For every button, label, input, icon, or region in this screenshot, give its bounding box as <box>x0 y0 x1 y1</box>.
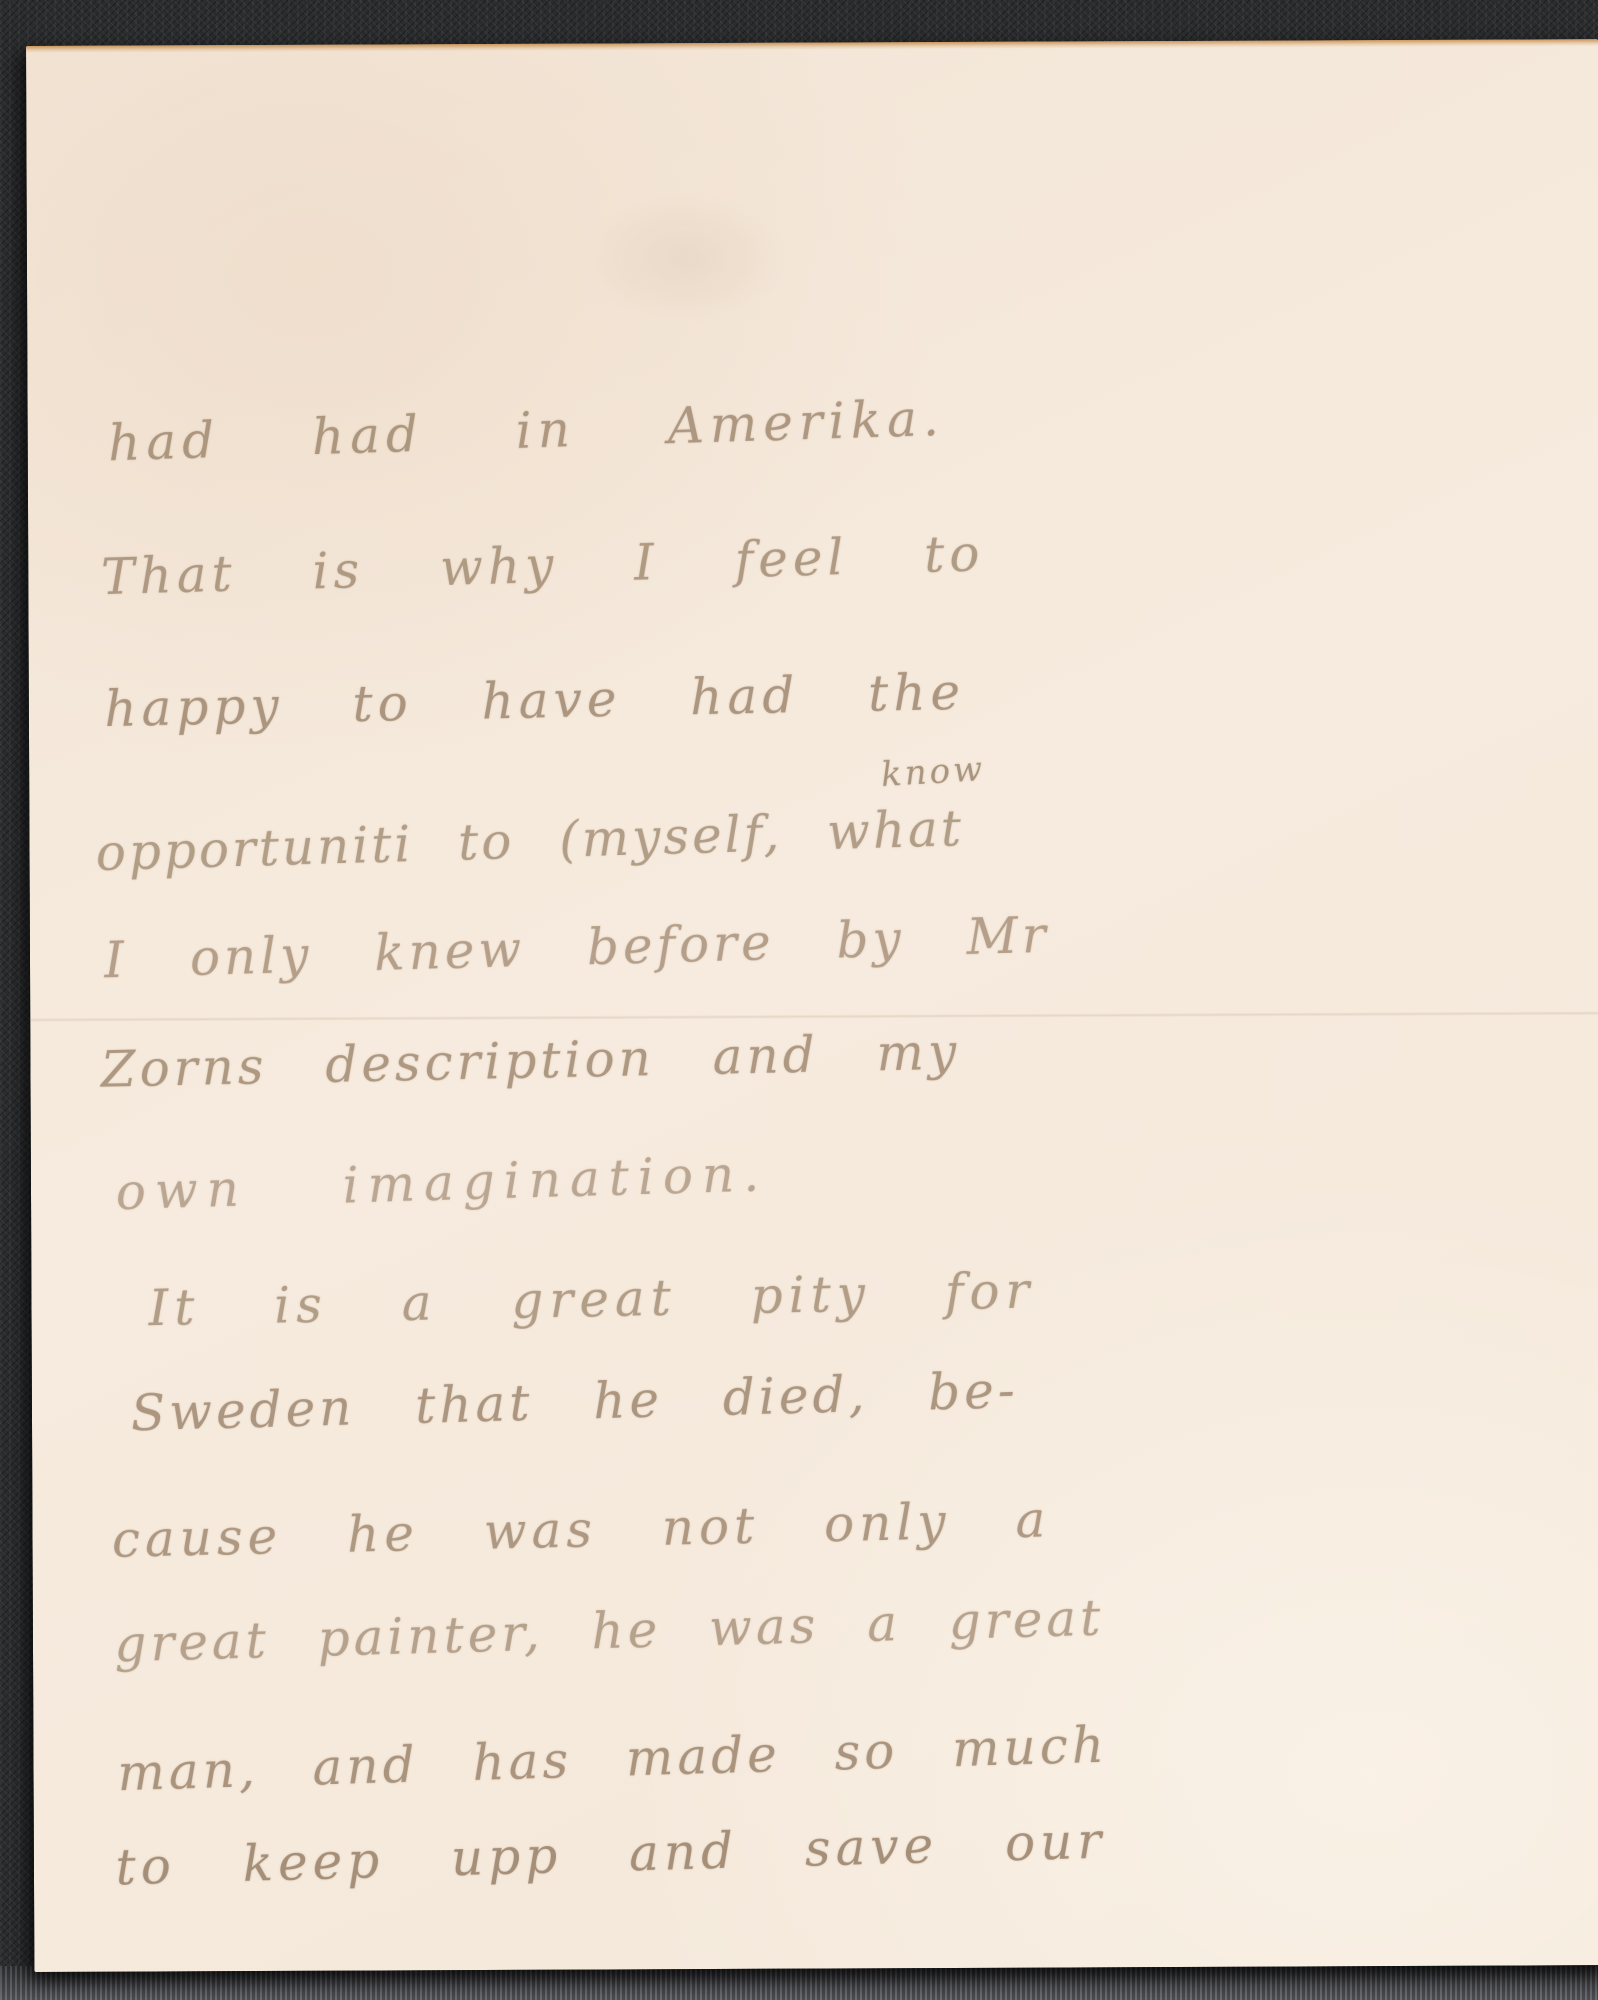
handwriting-line: great painter, he was a great <box>114 1593 1105 1670</box>
handwriting-line: own imagination. <box>115 1148 769 1217</box>
handwriting-line: had had in Amerika. <box>107 393 945 469</box>
inserted-word: know <box>880 749 986 795</box>
handwriting-line: cause he was not only a <box>111 1494 1050 1564</box>
handwriting-line: opportuniti to (myself, what <box>95 803 965 878</box>
handwriting-line: to keep upp and save our <box>115 1816 1107 1893</box>
handwriting-line: I only knew before by Mr <box>104 910 1051 986</box>
handwriting-line: It is a great pity for <box>148 1265 1036 1333</box>
handwriting-line: That is why I feel to <box>101 528 985 602</box>
handwriting: had had in Amerika. That is why I feel t… <box>19 10 1598 1973</box>
handwriting-line: Zorns description and my <box>100 1027 960 1095</box>
handwriting-line: Sweden that he died, be- <box>130 1365 1019 1438</box>
handwriting-line: man, and has made so much <box>117 1720 1109 1799</box>
fabric-band-bottom <box>0 1966 1598 2000</box>
letter-paper: had had in Amerika. That is why I feel t… <box>26 39 1598 1972</box>
handwriting-line: happy to have had the <box>104 667 966 734</box>
